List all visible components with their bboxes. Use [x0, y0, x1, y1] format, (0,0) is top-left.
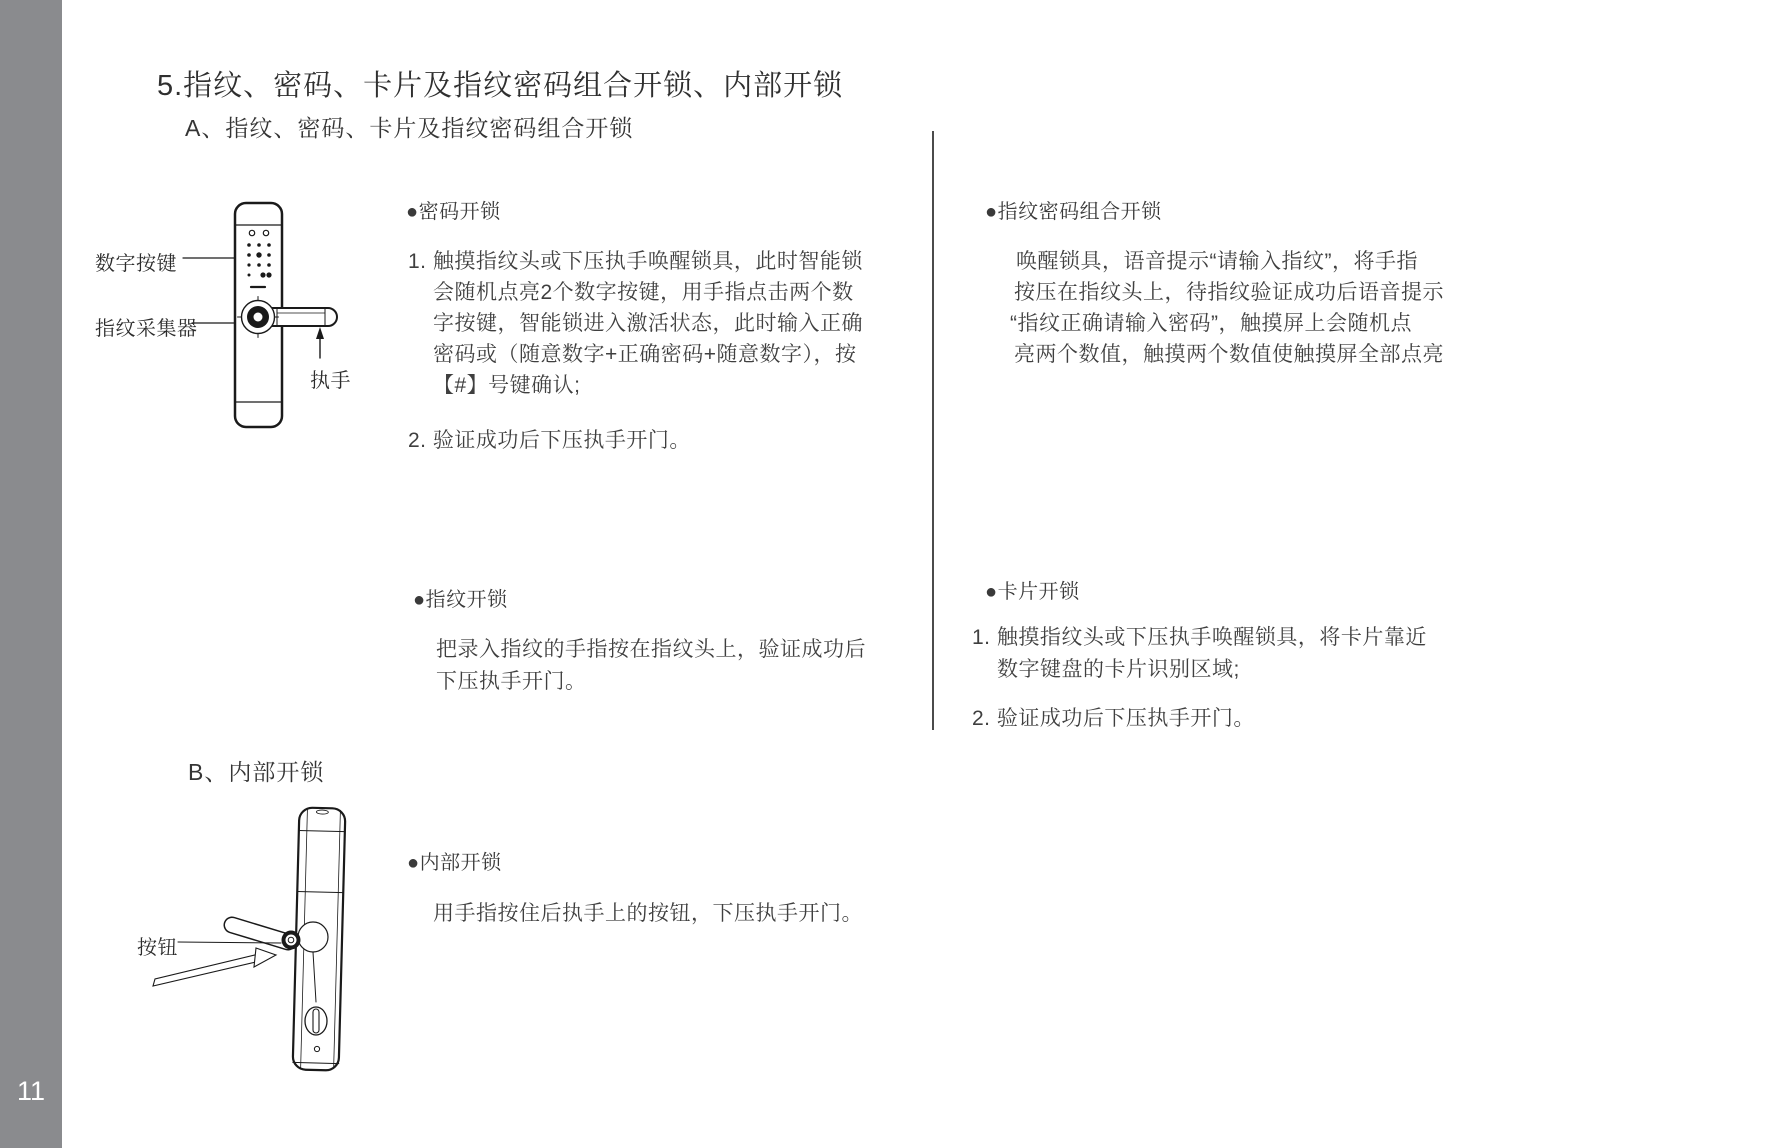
keypad-label: 数字按键	[95, 247, 177, 276]
card-step1-line: 数字键盘的卡片识别区域;	[997, 653, 1240, 683]
password-step1-line: 1. 触摸指纹头或下压执手唤醒锁具，此时智能锁	[408, 245, 863, 275]
card-step1-line: 1. 触摸指纹头或下压执手唤醒锁具，将卡片靠近	[972, 621, 1427, 651]
combo-unlock-heading: ●指纹密码组合开锁	[985, 195, 1162, 224]
fingerprint-body-line: 下压执手开门。	[436, 665, 587, 695]
password-step1-line: 会随机点亮2个数字按键，用手指点击两个数	[433, 276, 854, 306]
page-number: 11	[0, 1076, 62, 1107]
column-divider	[932, 131, 934, 730]
handle-label: 执手	[310, 364, 351, 393]
combo-body-line: 唤醒锁具，语音提示“请输入指纹”，将手指	[1016, 245, 1418, 275]
doc-title: 5.指纹、密码、卡片及指纹密码组合开锁、内部开锁	[157, 63, 843, 104]
internal-body-line: 用手指按住后执手上的按钮，下压执手开门。	[433, 897, 863, 927]
password-step1-line: 【#】号键确认;	[433, 369, 581, 399]
button-label: 按钮	[137, 931, 178, 960]
password-step1-line: 密码或（随意数字+正确密码+随意数字），按	[433, 338, 857, 368]
password-step2-line: 2. 验证成功后下压执手开门。	[408, 424, 691, 454]
sidebar-vertical-title: 三、产品使用方法	[21, 54, 83, 246]
password-step1-line: 字按键，智能锁进入激活状态，此时输入正确	[433, 307, 863, 337]
manual-page: 三、产品使用方法 11 5.指纹、密码、卡片及指纹密码组合开锁、内部开锁 A、指…	[0, 0, 1785, 1148]
internal-unlock-heading: ●内部开锁	[407, 846, 502, 875]
section-a-title: A、指纹、密码、卡片及指纹密码组合开锁	[185, 110, 633, 143]
fingerprint-body-line: 把录入指纹的手指按在指纹头上，验证成功后	[436, 633, 866, 663]
card-unlock-heading: ●卡片开锁	[985, 575, 1080, 604]
fingerprint-reader-label: 指纹采集器	[95, 312, 198, 341]
card-step2-line: 2. 验证成功后下压执手开门。	[972, 702, 1255, 732]
section-b-title: B、内部开锁	[188, 754, 324, 787]
sidebar: 三、产品使用方法 11	[0, 0, 62, 1148]
combo-body-line: 按压在指纹头上，待指纹验证成功后语音提示	[1014, 276, 1444, 306]
fingerprint-unlock-heading: ●指纹开锁	[413, 583, 508, 612]
combo-body-line: “指纹正确请输入密码”，触摸屏上会随机点	[1010, 307, 1412, 337]
password-unlock-heading: ●密码开锁	[406, 195, 501, 224]
combo-body-line: 亮两个数值，触摸两个数值使触摸屏全部点亮	[1014, 338, 1444, 368]
